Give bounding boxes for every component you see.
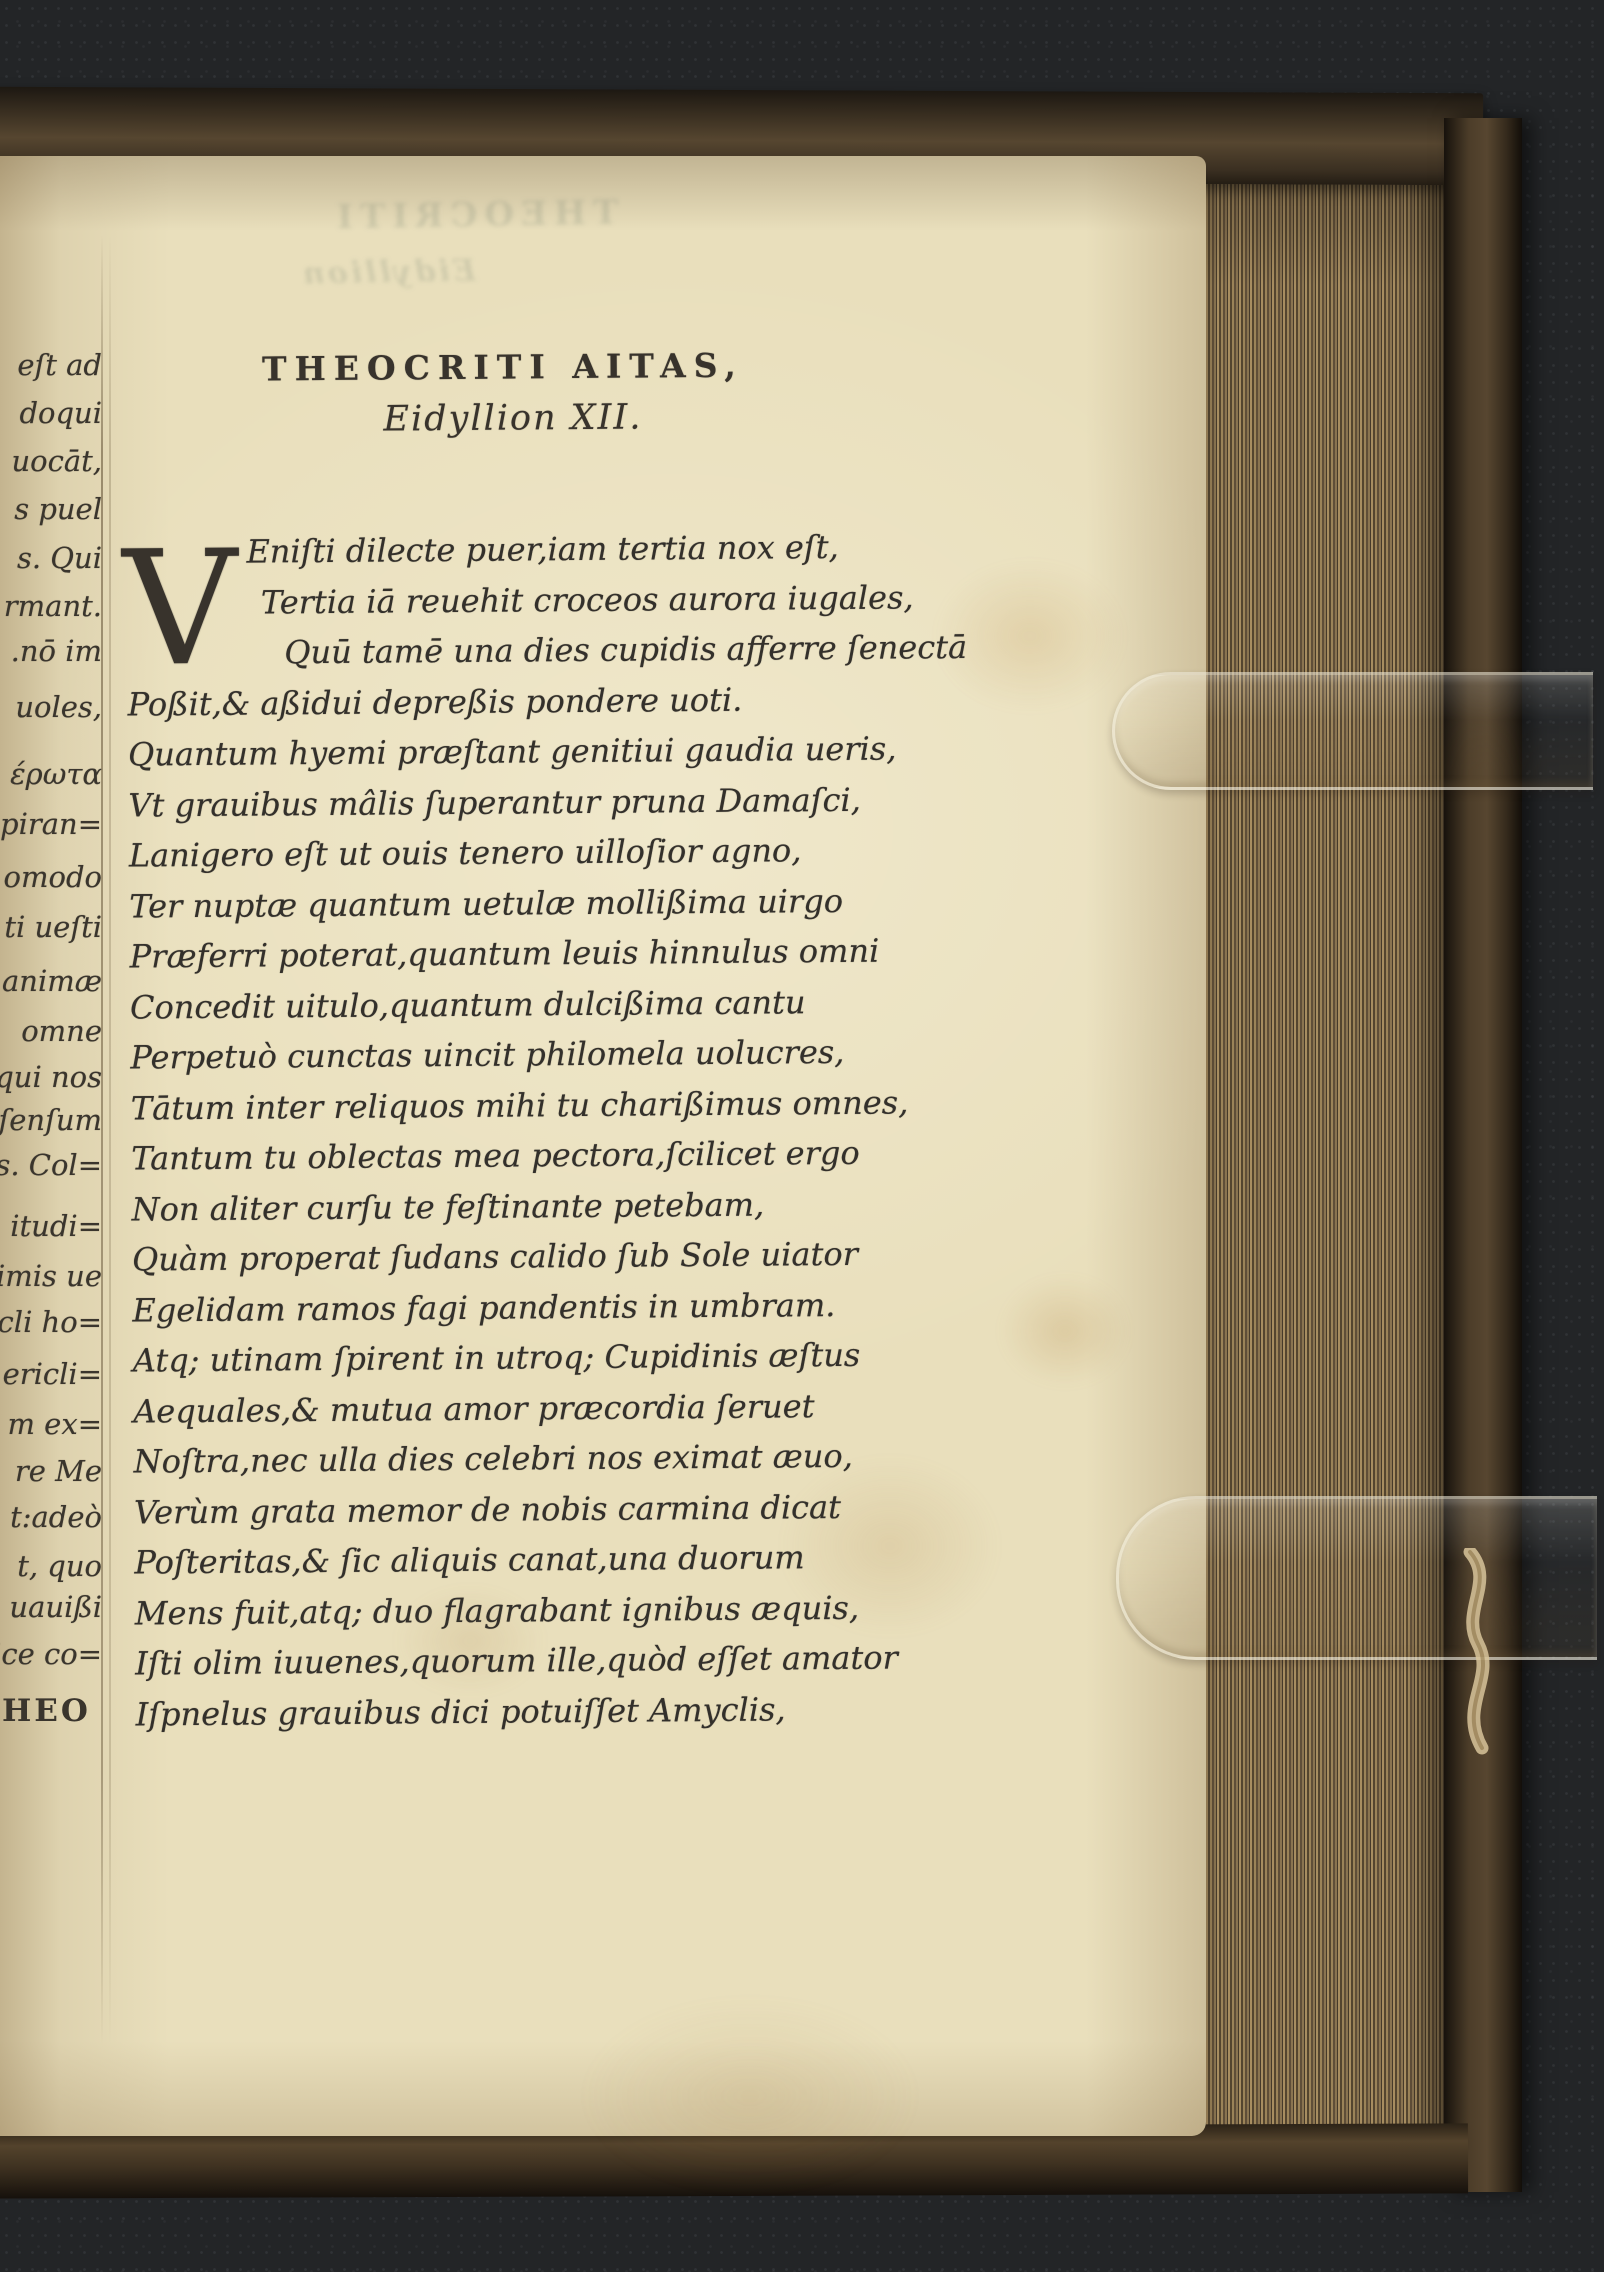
margin-fragments: eſt addoquiuocāt,s puels. Quirmant..nō i… (0, 0, 114, 2100)
page-subtitle: Eidyllion XII. (383, 398, 642, 440)
margin-fragment: uocāt, (11, 444, 102, 478)
margin-fragment: re Me (15, 1454, 102, 1488)
poem-line: Tantum tu oblectas mea pectora,ſcilicet … (131, 1126, 1141, 1184)
poem-line: Lanigero eſt ut ouis tenero uilloſior ag… (129, 823, 1139, 881)
margin-fragment: s. Col= (0, 1148, 102, 1182)
poem-line: Mens fuit,atq; duo flagrabant ignibus æq… (135, 1580, 1145, 1638)
margin-fragment: piran= (0, 807, 102, 841)
margin-fragment: t, quo (17, 1549, 102, 1583)
poem-line: Concedit uitulo,quantum dulcißima cantu (130, 974, 1140, 1032)
margin-fragment: doqui (19, 396, 102, 430)
margin-fragment: cli ho= (0, 1305, 102, 1339)
poem-line: Aequales,& mutua amor præcordia ſeruet (133, 1378, 1143, 1436)
poem-line: Quantum hyemi præſtant genitiui gaudia u… (128, 722, 1138, 780)
poem-line: Iſpnelus grauibus dici potuiſſet Amyclis… (135, 1681, 1145, 1739)
poem-line: Non aliter curſu te feſtinante petebam, (131, 1176, 1141, 1234)
margin-fragment: έρωτα (10, 757, 102, 791)
catchword: HEO (2, 1693, 91, 1729)
book-fore-edge-pages (1188, 166, 1454, 2136)
page-title: THEOCRITI AITAS, (262, 346, 744, 389)
poem-line: Ter nuptæ quantum uetulæ mollißima uirgo (129, 873, 1139, 931)
poem-line: Vt grauibus mâlis ſuperantur pruna Damaſ… (128, 772, 1138, 830)
poem-line: Quū tamē una dies cupidis afferre ſenect… (127, 621, 1137, 679)
margin-fragment: qui nos (0, 1060, 102, 1094)
poem-line: Tātum inter reliquos mihi tu charißimus … (131, 1075, 1141, 1133)
poem-line: Poſteritas,& ſic aliquis canat,una duoru… (134, 1530, 1144, 1588)
poem-line: Poßit,& aßidui depreßis pondere uoti. (127, 671, 1137, 729)
poem-line: Verùm grata memor de nobis carmina dicat (134, 1479, 1144, 1537)
poem-line: Egelidam ramos fagi pandentis in umbram. (132, 1277, 1142, 1335)
printed-text-layer: THEOCRITI AITAS, Eidyllion XII. V Eniſti… (0, 0, 1215, 2102)
margin-fragment: ſenſum (0, 1103, 102, 1137)
poem-line: Tertia iā reuehit croceos aurora iugales… (127, 570, 1137, 628)
poem-line: Iſti olim iuuenes,quorum ille,quòd eſſet… (135, 1631, 1145, 1689)
margin-fragment: eſt ad (17, 348, 102, 382)
margin-fragment: omne (21, 1014, 102, 1048)
margin-fragment: rmant. (4, 589, 102, 623)
poem-line: Atq; utinam ſpirent in utroq; Cupidinis … (133, 1328, 1143, 1386)
page-holder-clip-bottom (1116, 1496, 1597, 1660)
photo-scene: THEOCRITI Eidyllion THEOCRITI AITAS, Eid… (0, 0, 1604, 2272)
page-holder-clip-top (1112, 672, 1593, 790)
margin-fragment: omodo (4, 860, 102, 894)
poem-line: Eniſti dilecte puer,iam tertia nox eſt, (126, 520, 1136, 578)
margin-fragment: animæ (2, 964, 102, 998)
margin-fragment: uoles, (15, 690, 102, 724)
poem-line: Perpetuò cunctas uincit philomela uolucr… (130, 1025, 1140, 1083)
margin-fragment: ti ueſti (4, 910, 102, 944)
book-cover-right-board (1444, 118, 1522, 2192)
margin-fragment: itudi= (10, 1209, 102, 1243)
margin-fragment: .nō im (11, 634, 102, 668)
margin-fragment: ericli= (3, 1357, 102, 1391)
poem-lines: Eniſti dilecte puer,iam tertia nox eſt,T… (126, 520, 1145, 1740)
margin-fragment: ice co= (0, 1637, 102, 1671)
poem-line: Quàm properat ſudans calido ſub Sole uia… (132, 1227, 1142, 1285)
margin-fragment: imis ue (0, 1259, 102, 1293)
clasp-remnant (1452, 1548, 1512, 1758)
margin-fragment: s puel (14, 492, 102, 526)
margin-fragment: m ex= (7, 1407, 102, 1441)
margin-fragment: t:adeò (10, 1500, 102, 1534)
poem-line: Præferri poterat,quantum leuis hinnulus … (129, 924, 1139, 982)
poem-line: Noſtra,nec ulla dies celebri nos eximat … (133, 1429, 1143, 1487)
margin-fragment: uauißi (9, 1590, 102, 1624)
margin-fragment: s. Qui (17, 541, 102, 575)
